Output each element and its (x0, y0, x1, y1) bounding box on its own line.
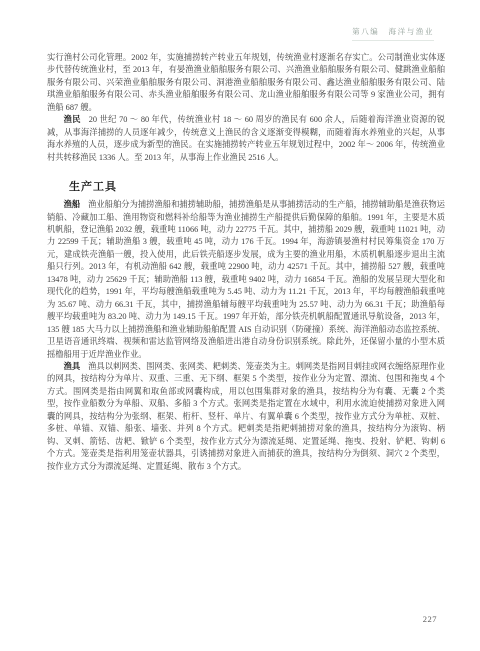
paragraph-text-fishermen: 20 世纪 70 ～ 80 年代，传统渔业村 18 ～ 60 周岁的渔民有 60… (47, 115, 445, 161)
paragraph-fishermen: 渔民20 世纪 70 ～ 80 年代，传统渔业村 18 ～ 60 周岁的渔民有 … (47, 114, 445, 164)
paragraph-label-gear: 渔具 (64, 362, 81, 371)
paragraph-continued: 实行渔村公司化管理。2002 年，实施捕捞转产转业五年规划，传统渔业村逐渐名存实… (47, 52, 445, 114)
book-page: 第八编 海洋与渔业 实行渔村公司化管理。2002 年，实施捕捞转产转业五年规划，… (0, 0, 480, 651)
page-body: 实行渔村公司化管理。2002 年，实施捕捞转产转业五年规划，传统渔业村逐渐名存实… (47, 52, 445, 473)
paragraph-gear: 渔具渔具以刺网类、围网类、张网类、耙刺类、笼壶类为主。刺网类是指网目刺挂或网衣缠… (47, 361, 445, 473)
page-number: 227 (423, 614, 437, 624)
paragraph-label-boats: 渔船 (64, 200, 81, 209)
paragraph-label-fishermen: 渔民 (64, 115, 81, 124)
paragraph-text-boats: 渔业船舶分为捕捞渔船和捕捞辅助船，捕捞渔船是从事捕捞活动的生产船，捕捞辅助船是渔… (47, 200, 445, 358)
paragraph-boats: 渔船渔业船舶分为捕捞渔船和捕捞辅助船，捕捞渔船是从事捕捞活动的生产船，捕捞辅助船… (47, 199, 445, 361)
running-head: 第八编 海洋与渔业 (352, 26, 434, 41)
section-heading-production-tools: 生产工具 (47, 178, 445, 194)
paragraph-text-gear: 渔具以刺网类、围网类、张网类、耙刺类、笼壶类为主。刺网类是指网目刺挂或网衣缠络原… (47, 362, 445, 471)
